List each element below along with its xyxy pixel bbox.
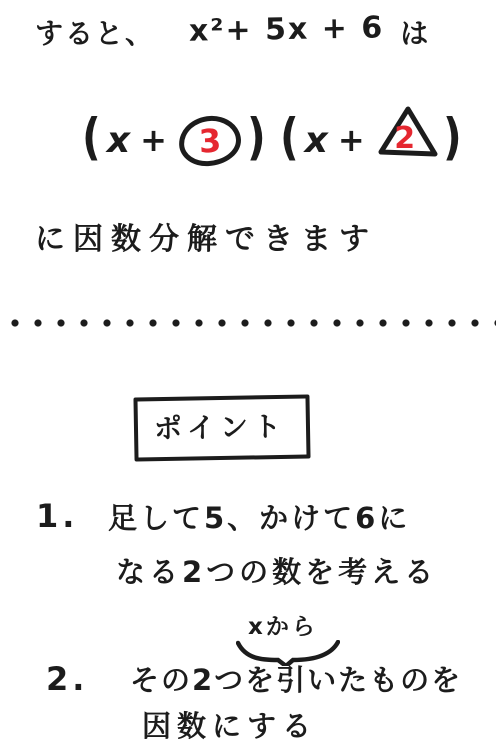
- paren-open-1: (: [82, 112, 101, 162]
- variable-x-2: x: [305, 120, 328, 161]
- step-2-annotation: xから: [248, 608, 318, 641]
- plus-sign-1: +: [140, 121, 167, 159]
- dotted-divider: [10, 316, 496, 330]
- step-2-line-1: その2つを引いたものを: [130, 658, 462, 699]
- variable-x-1: x: [107, 120, 130, 161]
- handwritten-math-note: すると、 x²+ 5x + 6 は ( x + 3 ) ( x + 2 ) に因…: [0, 0, 504, 755]
- triangle-mark: 2: [375, 104, 439, 164]
- circle-mark: 3: [178, 114, 243, 167]
- step-2-line-2: 因数にする: [142, 704, 317, 745]
- step-1-line-2: なる2つの数を考える: [116, 550, 437, 591]
- conclusion-line: に因数分解できます: [35, 214, 377, 258]
- paren-open-2: (: [280, 112, 299, 162]
- step-1-line-1: 足して5、かけて6に: [108, 496, 410, 537]
- point-box-label: ポイント: [154, 410, 287, 445]
- intro-lead-text: すると、: [35, 12, 155, 52]
- paren-close-1: ): [247, 112, 266, 162]
- factored-equation: ( x + 3 ) ( x + 2 ): [80, 104, 464, 170]
- intro-line: すると、 x²+ 5x + 6 は: [35, 12, 428, 52]
- plus-sign-2: +: [338, 121, 365, 159]
- triangle-number: 2: [375, 124, 435, 154]
- paren-close-2: ): [443, 112, 462, 162]
- circled-number: 3: [198, 124, 222, 157]
- intro-particle-text: は: [400, 12, 428, 52]
- point-box: ポイント: [133, 394, 310, 461]
- step-1-number: 1.: [36, 497, 78, 535]
- quadratic-formula: x²+ 5x + 6: [189, 10, 385, 48]
- step-2-number: 2.: [46, 660, 88, 698]
